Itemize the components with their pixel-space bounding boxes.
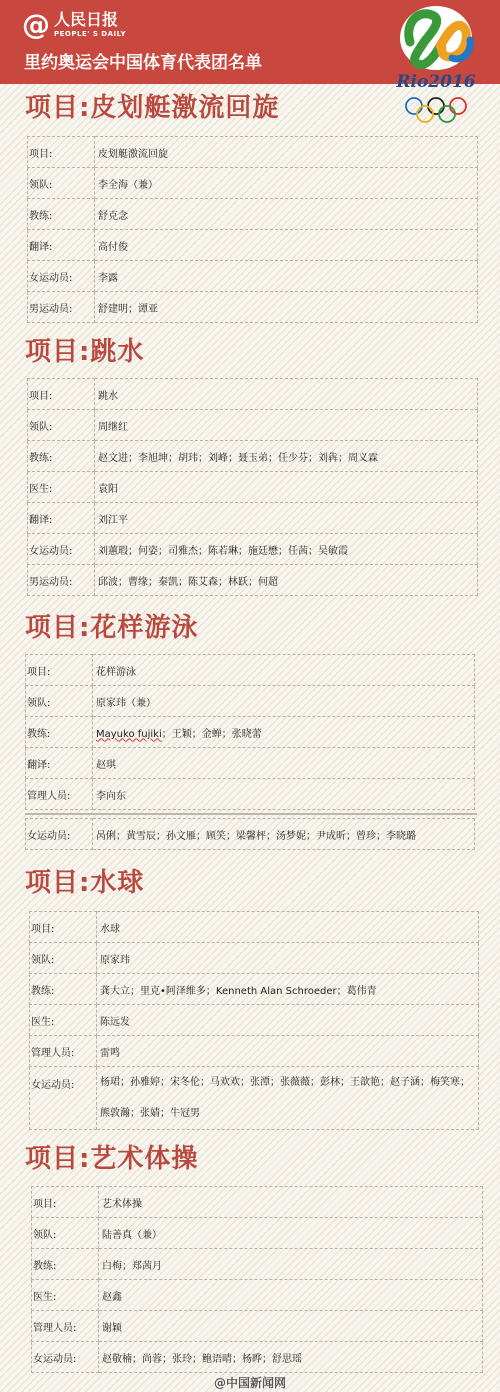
row-value: 赵文进；李旭坤；胡玮；刘峰；聂玉弟；任少芬；刘犇；周义霖 bbox=[95, 441, 478, 472]
row-label: 管理人员: bbox=[32, 1311, 99, 1342]
row-value: 刘蕙瑕；何姿；司雅杰；陈若琳；施廷懋；任茜；吴敏霞 bbox=[95, 534, 478, 565]
row-label: 领队: bbox=[28, 410, 95, 441]
row-label: 教练: bbox=[28, 199, 95, 230]
table-row: 项目:皮划艇激流回旋 bbox=[28, 137, 478, 168]
row-label: 领队: bbox=[30, 943, 97, 974]
table-row: 男运动员:邱波；曹缘；秦凯；陈艾森；林跃；何超 bbox=[28, 565, 478, 596]
table-row: 翻译:刘江平 bbox=[28, 503, 478, 534]
row-value: 李露 bbox=[95, 261, 478, 292]
coach-name-en: Mayuko fujiki bbox=[96, 729, 162, 740]
table-row: 翻译:赵琪 bbox=[26, 748, 475, 779]
row-label: 项目: bbox=[28, 379, 95, 410]
row-label: 女运动员: bbox=[28, 534, 95, 565]
row-value: 白梅；郑茜月 bbox=[99, 1249, 483, 1280]
row-value: 舒建明；谭亚 bbox=[95, 292, 478, 323]
coach-names-cn: ；王颖；金蝉；张晓蕾 bbox=[162, 729, 262, 740]
row-value: 舒克念 bbox=[95, 199, 478, 230]
row-value: 原家玮（兼） bbox=[93, 686, 475, 717]
row-value: 袁阳 bbox=[95, 472, 478, 503]
row-value: 水球 bbox=[97, 912, 479, 943]
table-row: 男运动员:舒建明；谭亚 bbox=[28, 292, 478, 323]
row-value: 刘江平 bbox=[95, 503, 478, 534]
table-row: 项目:花样游泳 bbox=[26, 655, 475, 686]
row-label: 教练: bbox=[30, 974, 97, 1005]
row-value: 艺术体操 bbox=[99, 1187, 483, 1218]
table-row: 翻译:高付俊 bbox=[28, 230, 478, 261]
row-value: 龚大立；里克•阿泽维多；Kenneth Alan Schroeder；葛伟青 bbox=[97, 974, 479, 1005]
brand-name-cn: 人民日报 bbox=[54, 10, 126, 30]
row-value: 陈远发 bbox=[97, 1005, 479, 1036]
row-label: 女运动员: bbox=[30, 1067, 97, 1130]
row-label: 领队: bbox=[32, 1218, 99, 1249]
row-label: 男运动员: bbox=[28, 292, 95, 323]
table-row: 领队:原家玮（兼） bbox=[26, 686, 475, 717]
row-value: 陆善真（兼） bbox=[99, 1218, 483, 1249]
row-value: 赵琪 bbox=[93, 748, 475, 779]
row-label: 教练: bbox=[28, 441, 95, 472]
rio-emblem-icon bbox=[390, 2, 482, 74]
row-label: 领队: bbox=[26, 686, 93, 717]
roster-table-canoe-slalom: 项目:皮划艇激流回旋 领队:李全海（兼） 教练:舒克念 翻译:高付俊 女运动员:… bbox=[27, 136, 478, 323]
row-label: 医生: bbox=[30, 1005, 97, 1036]
table-row: 女运动员:呙俐；黄雪辰；孙文雁；顾笑；梁馨枰；汤梦妮；尹成昕；曾珍；李晓璐 bbox=[26, 819, 475, 850]
row-label: 教练: bbox=[26, 717, 93, 748]
table-row: 女运动员:赵敬楠；尚蓉；张玲；鲍语晴；杨晔；舒思瑶 bbox=[32, 1342, 483, 1373]
table-row: 管理人员:雷鸣 bbox=[30, 1036, 479, 1067]
row-label: 项目: bbox=[28, 137, 95, 168]
row-label: 女运动员: bbox=[32, 1342, 99, 1373]
row-value: Mayuko fujiki；王颖；金蝉；张晓蕾 bbox=[93, 717, 475, 748]
section-title-diving: 项目:跳水 bbox=[25, 336, 144, 368]
row-label: 管理人员: bbox=[30, 1036, 97, 1067]
row-value: 李全海（兼） bbox=[95, 168, 478, 199]
table-row: 管理人员:李向东 bbox=[26, 779, 475, 810]
table-row: 教练:白梅；郑茜月 bbox=[32, 1249, 483, 1280]
row-label: 项目: bbox=[26, 655, 93, 686]
table-row: 领队:陆善真（兼） bbox=[32, 1218, 483, 1249]
table-row: 医生:赵鑫 bbox=[32, 1280, 483, 1311]
row-label: 领队: bbox=[28, 168, 95, 199]
row-label: 项目: bbox=[32, 1187, 99, 1218]
watermark: @中国新闻网 bbox=[0, 1374, 500, 1391]
row-value: 赵敬楠；尚蓉；张玲；鲍语晴；杨晔；舒思瑶 bbox=[99, 1342, 483, 1373]
row-label: 女运动员: bbox=[26, 819, 93, 850]
row-value: 皮划艇激流回旋 bbox=[95, 137, 478, 168]
row-label: 男运动员: bbox=[28, 565, 95, 596]
table-row: 领队:李全海（兼） bbox=[28, 168, 478, 199]
page-title: 里约奥运会中国体育代表团名单 bbox=[24, 52, 262, 74]
table-row: 管理人员:谢颖 bbox=[32, 1311, 483, 1342]
table-row: 项目:艺术体操 bbox=[32, 1187, 483, 1218]
roster-table-water-polo: 项目:水球 领队:原家玮 教练:龚大立；里克•阿泽维多；Kenneth Alan… bbox=[29, 911, 479, 1130]
table-row: 教练:Mayuko fujiki；王颖；金蝉；张晓蕾 bbox=[26, 717, 475, 748]
row-value: 雷鸣 bbox=[97, 1036, 479, 1067]
row-value: 邱波；曹缘；秦凯；陈艾森；林跃；何超 bbox=[95, 565, 478, 596]
table-divider bbox=[25, 813, 477, 815]
table-row: 领队:周继红 bbox=[28, 410, 478, 441]
section-title-synchronized-swimming: 项目:花样游泳 bbox=[25, 612, 198, 644]
table-row: 教练:赵文进；李旭坤；胡玮；刘峰；聂玉弟；任少芬；刘犇；周义霖 bbox=[28, 441, 478, 472]
roster-table-diving: 项目:跳水 领队:周继红 教练:赵文进；李旭坤；胡玮；刘峰；聂玉弟；任少芬；刘犇… bbox=[27, 378, 478, 596]
olympic-rings-icon bbox=[402, 97, 470, 123]
table-row: 教练:舒克念 bbox=[28, 199, 478, 230]
rio2016-text: Rio2016 bbox=[390, 72, 482, 92]
row-label: 翻译: bbox=[26, 748, 93, 779]
brand-at-icon: @ bbox=[22, 10, 50, 40]
row-value: 周继红 bbox=[95, 410, 478, 441]
table-row: 医生:陈远发 bbox=[30, 1005, 479, 1036]
table-row: 女运动员:刘蕙瑕；何姿；司雅杰；陈若琳；施廷懋；任茜；吴敏霞 bbox=[28, 534, 478, 565]
peoples-daily-logo: @ 人民日报 PEOPLE' S DAILY bbox=[22, 10, 126, 44]
row-value: 跳水 bbox=[95, 379, 478, 410]
row-label: 医生: bbox=[28, 472, 95, 503]
row-value: 呙俐；黄雪辰；孙文雁；顾笑；梁馨枰；汤梦妮；尹成昕；曾珍；李晓璐 bbox=[93, 819, 475, 850]
row-label: 教练: bbox=[32, 1249, 99, 1280]
table-row: 教练:龚大立；里克•阿泽维多；Kenneth Alan Schroeder；葛伟… bbox=[30, 974, 479, 1005]
row-value: 原家玮 bbox=[97, 943, 479, 974]
row-value: 赵鑫 bbox=[99, 1280, 483, 1311]
row-label: 项目: bbox=[30, 912, 97, 943]
row-label: 管理人员: bbox=[26, 779, 93, 810]
row-value: 谢颖 bbox=[99, 1311, 483, 1342]
row-value: 李向东 bbox=[93, 779, 475, 810]
row-label: 女运动员: bbox=[28, 261, 95, 292]
section-title-rhythmic-gymnastics: 项目:艺术体操 bbox=[25, 1143, 198, 1175]
section-title-canoe-slalom: 项目:皮划艇激流回旋 bbox=[25, 92, 279, 124]
row-value: 高付俊 bbox=[95, 230, 478, 261]
row-value: 花样游泳 bbox=[93, 655, 475, 686]
roster-table-rhythmic-gymnastics: 项目:艺术体操 领队:陆善真（兼） 教练:白梅；郑茜月 医生:赵鑫 管理人员:谢… bbox=[31, 1186, 483, 1373]
table-row: 女运动员:杨珺；孙雅婷；宋冬伦；马欢欢；张潭；张薇薇；彭林；王歆艳；赵子涵；梅笑… bbox=[30, 1067, 479, 1130]
row-value: 杨珺；孙雅婷；宋冬伦；马欢欢；张潭；张薇薇；彭林；王歆艳；赵子涵；梅笑寒；熊敦瀚… bbox=[97, 1067, 479, 1130]
roster-table-synchronized-swimming-athletes: 女运动员:呙俐；黄雪辰；孙文雁；顾笑；梁馨枰；汤梦妮；尹成昕；曾珍；李晓璐 bbox=[25, 818, 475, 850]
rio2016-logo: Rio2016 bbox=[390, 2, 482, 124]
table-row: 医生:袁阳 bbox=[28, 472, 478, 503]
row-label: 翻译: bbox=[28, 503, 95, 534]
table-row: 女运动员:李露 bbox=[28, 261, 478, 292]
table-row: 项目:水球 bbox=[30, 912, 479, 943]
table-row: 领队:原家玮 bbox=[30, 943, 479, 974]
roster-table-synchronized-swimming: 项目:花样游泳 领队:原家玮（兼） 教练:Mayuko fujiki；王颖；金蝉… bbox=[25, 654, 475, 810]
brand-name-en: PEOPLE' S DAILY bbox=[54, 30, 126, 39]
row-label: 医生: bbox=[32, 1280, 99, 1311]
table-row: 项目:跳水 bbox=[28, 379, 478, 410]
row-label: 翻译: bbox=[28, 230, 95, 261]
section-title-water-polo: 项目:水球 bbox=[25, 867, 144, 899]
